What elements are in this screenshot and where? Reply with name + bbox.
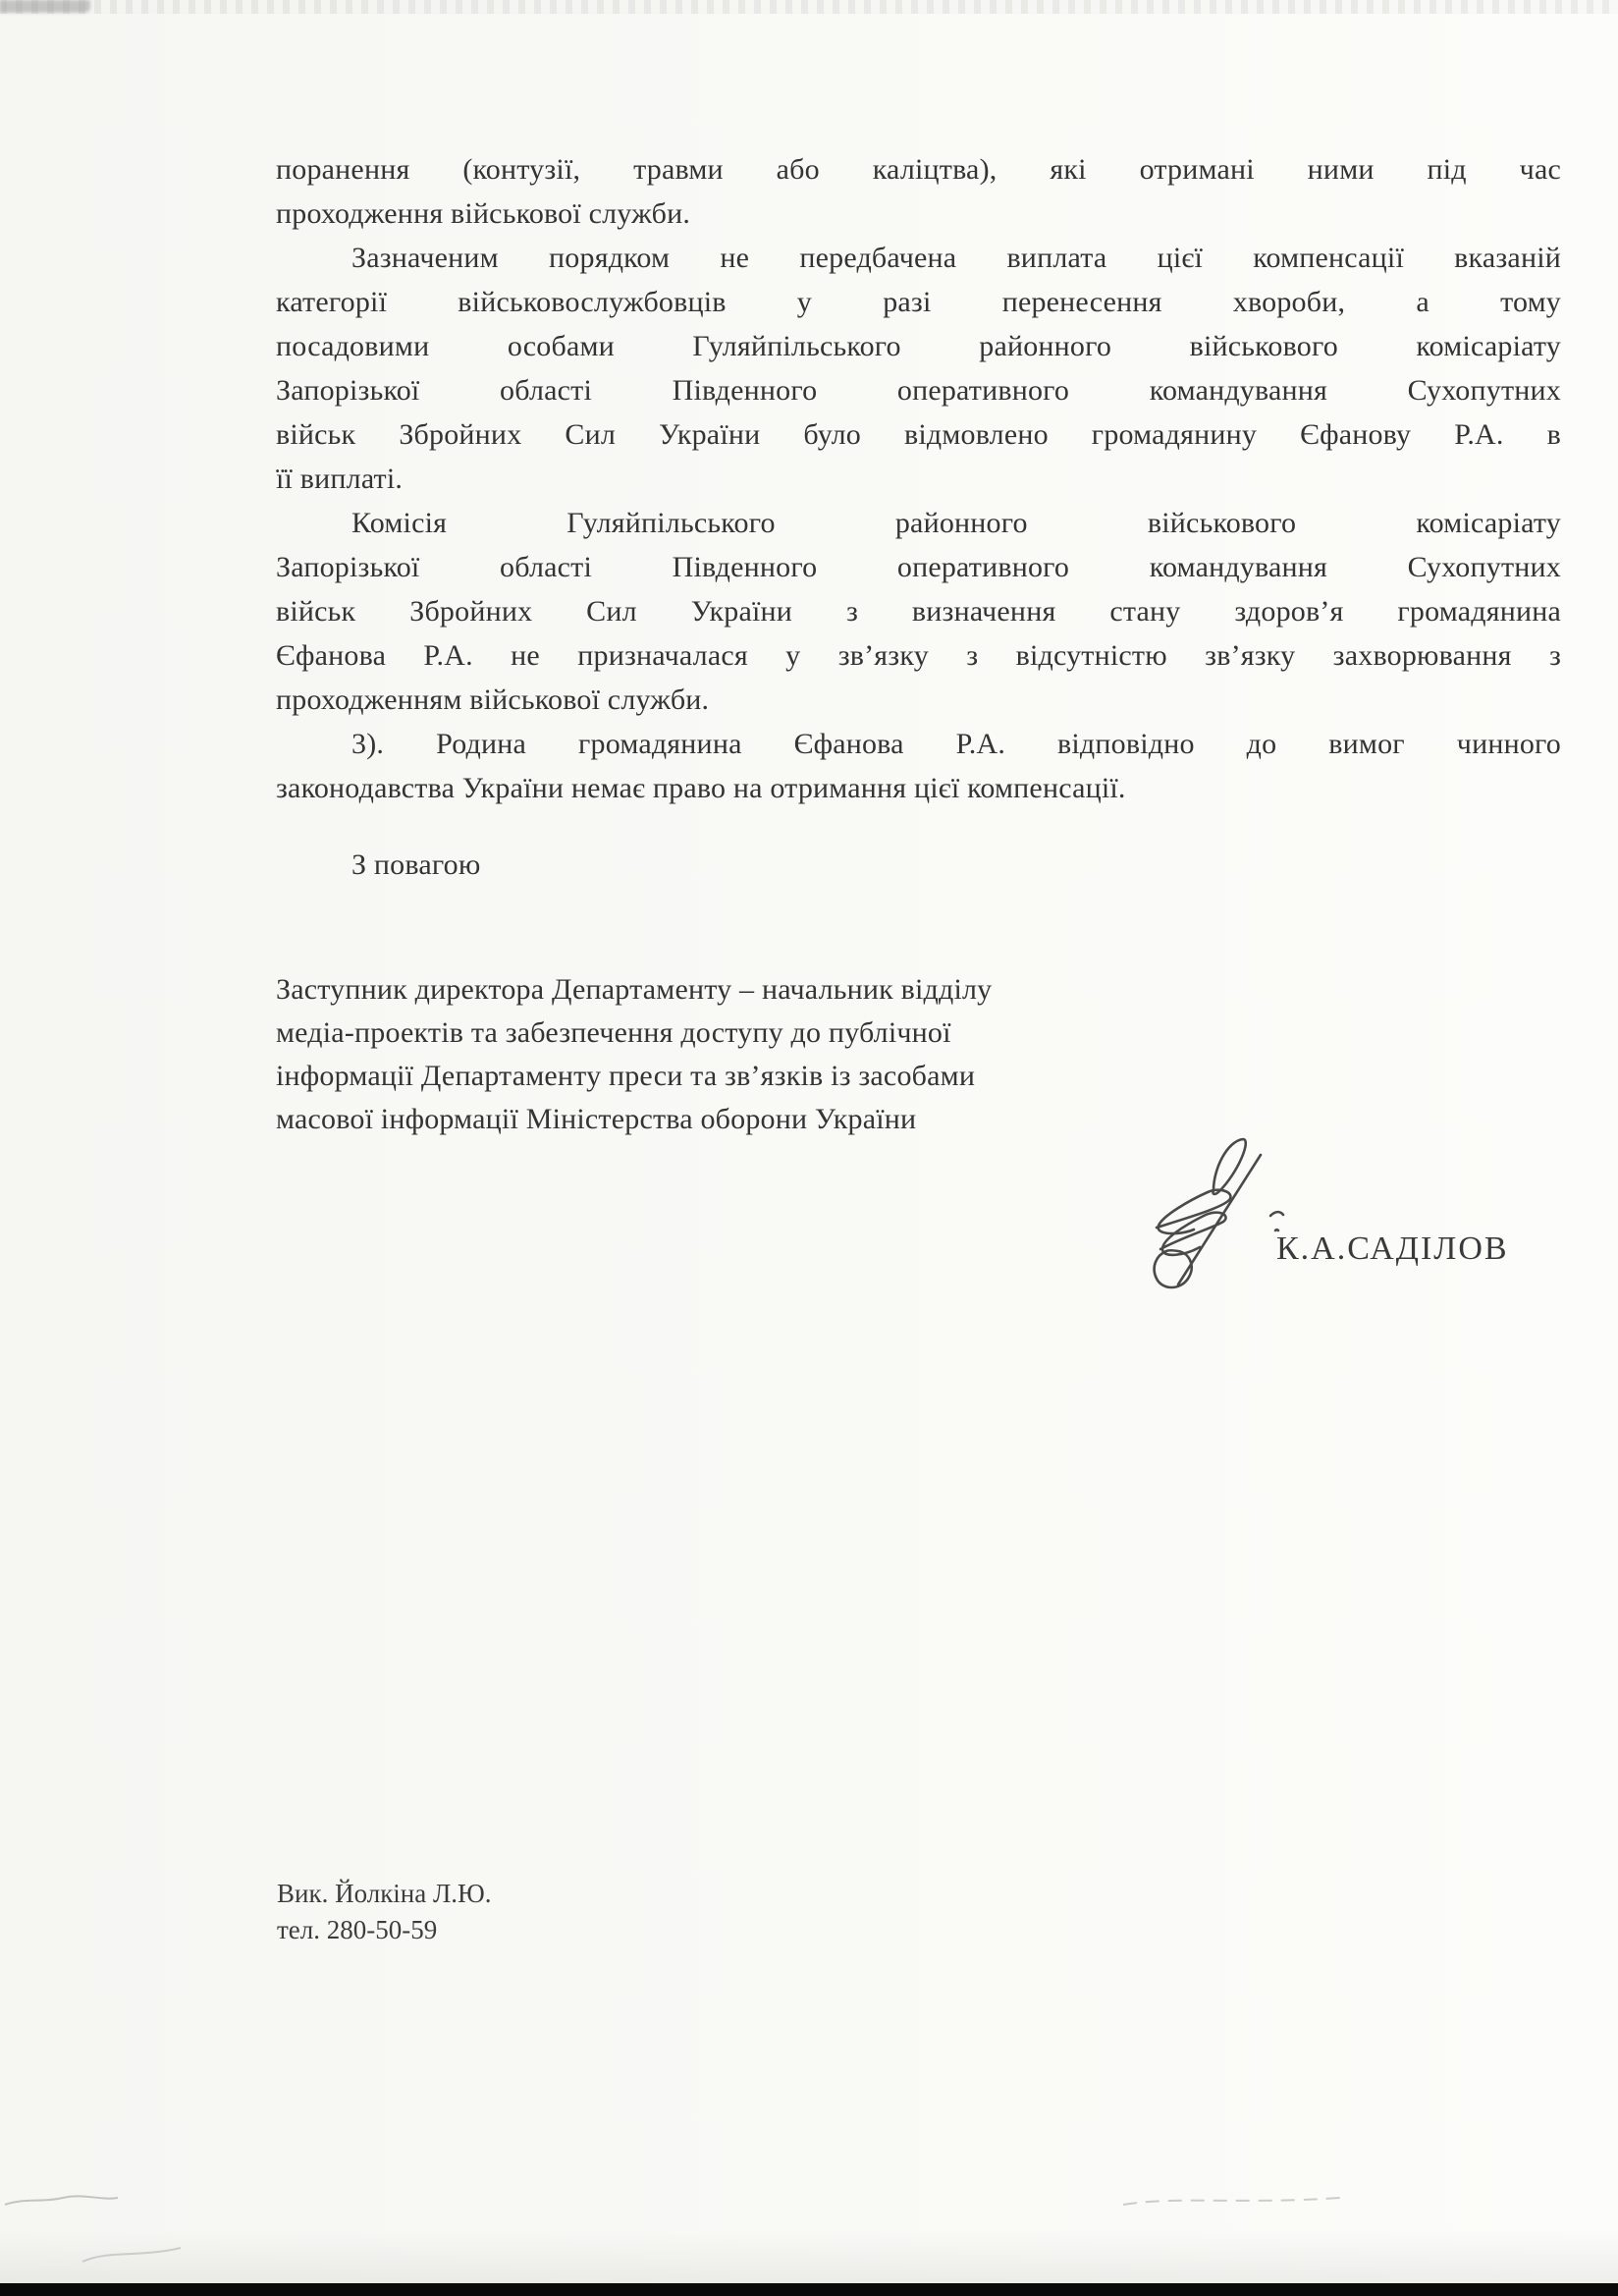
document-line: Єфанова Р.А. не призначалася у зв’язку з…	[276, 633, 1561, 678]
document-line: законодавства України немає право на отр…	[276, 766, 1561, 810]
paragraph: поранення (контузії, травми або каліцтва…	[276, 147, 1561, 236]
pencil-scuff-icon	[79, 2243, 191, 2267]
signatory-title-line: медіа-проектів та забезпечення доступу д…	[276, 1011, 1561, 1055]
scanned-letter-page: поранення (контузії, травми або каліцтва…	[0, 0, 1618, 2296]
document-line: Комісія Гуляйпільського районного військ…	[276, 501, 1561, 545]
paragraph: 3). Родина громадянина Єфанова Р.А. відп…	[276, 722, 1561, 810]
document-line: військ Збройних Сил України було відмовл…	[276, 412, 1561, 457]
signatory-title-line: інформації Департаменту преси та зв’язкі…	[276, 1055, 1561, 1098]
signatory-title-line: масової інформації Міністерства оборони …	[276, 1098, 1561, 1141]
signature-icon	[1127, 1129, 1299, 1301]
document-line: Зазначеним порядком не передбачена випла…	[276, 236, 1561, 280]
closing-salutation: З повагою	[276, 843, 1561, 887]
pencil-scuff-icon	[2, 2190, 125, 2212]
document-line: поранення (контузії, травми або каліцтва…	[276, 147, 1561, 191]
paragraph: Комісія Гуляйпільського районного військ…	[276, 501, 1561, 722]
signatory-title-block: Заступник директора Департаменту – начал…	[276, 968, 1561, 1141]
scan-artifact-bottom-strip	[0, 2283, 1618, 2296]
footer-executor: Вик. Йолкіна Л.Ю.	[277, 1876, 492, 1912]
document-line: категорії військовослужбовців у разі пер…	[276, 280, 1561, 324]
document-line: посадовими особами Гуляйпільського район…	[276, 324, 1561, 368]
signatory-title-line: Заступник директора Департаменту – начал…	[276, 968, 1561, 1011]
document-line: проходженням військової служби.	[276, 678, 1561, 722]
scan-artifact-top-left-smudge	[0, 0, 90, 13]
document-line: Запорізької області Південного оперативн…	[276, 368, 1561, 412]
document-line: військ Збройних Сил України з визначення…	[276, 589, 1561, 633]
pencil-scuff-icon	[1119, 2192, 1350, 2212]
scan-artifact-top-band	[0, 0, 1618, 14]
letter-body: поранення (контузії, травми або каліцтва…	[276, 147, 1561, 1141]
footer: Вик. Йолкіна Л.Ю. тел. 280-50-59	[277, 1876, 492, 1948]
paragraph: Зазначеним порядком не передбачена випла…	[276, 236, 1561, 501]
document-line: Запорізької області Південного оперативн…	[276, 545, 1561, 589]
document-line: 3). Родина громадянина Єфанова Р.А. відп…	[276, 722, 1561, 766]
scan-artifact-bottom-shade	[0, 2229, 1618, 2283]
document-line: її виплаті.	[276, 457, 1561, 501]
signatory-name: К.А.САДІЛОВ	[1276, 1230, 1509, 1268]
footer-phone: тел. 280-50-59	[277, 1912, 492, 1948]
document-line: проходження військової служби.	[276, 191, 1561, 236]
